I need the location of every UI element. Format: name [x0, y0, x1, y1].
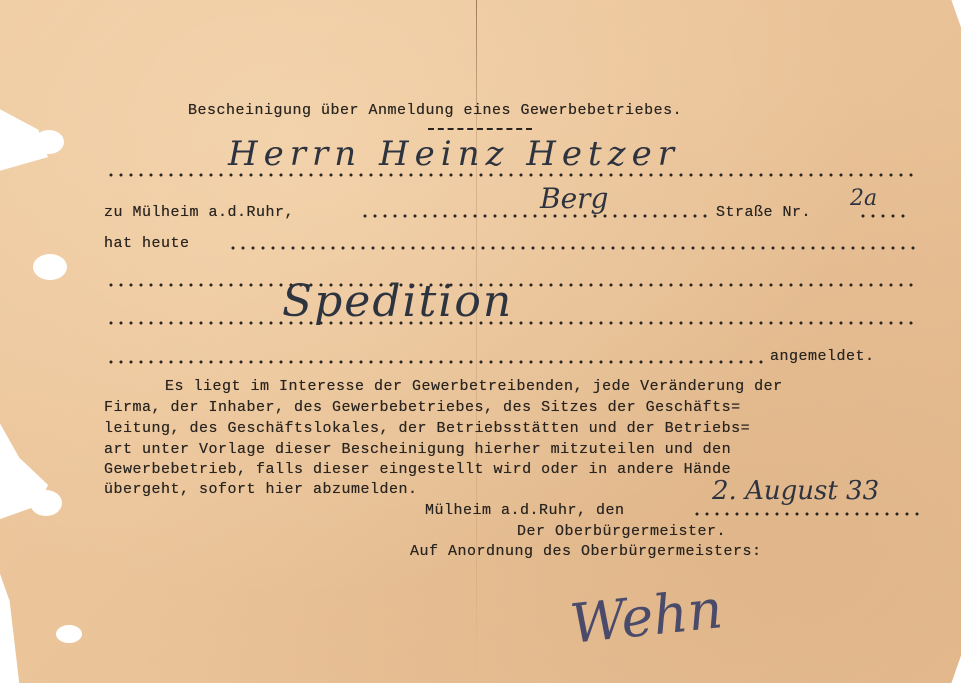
tear-bottom-left: [56, 625, 82, 643]
hat-heute-label: hat heute: [104, 235, 190, 253]
notice-line-1: Es liegt im Interesse der Gewerbetreiben…: [165, 378, 783, 396]
by-order-label: Auf Anordnung des Oberbürgermeisters:: [410, 543, 762, 561]
dotted-line-street: [360, 214, 710, 218]
handwritten-business: Spedition: [282, 276, 513, 327]
notice-line-4: art unter Vorlage dieser Bescheinigung h…: [104, 441, 731, 459]
dotted-line-hat-heute: [228, 246, 916, 250]
city-prefix-label: zu Mülheim a.d.Ruhr,: [104, 204, 294, 222]
punch-hole-middle: [33, 254, 67, 280]
street-label: Straße Nr.: [716, 204, 811, 222]
registered-label: angemeldet.: [770, 348, 875, 366]
notice-line-5: Gewerbebetrieb, falls dieser eingestellt…: [104, 461, 731, 479]
notice-line-3: leitung, des Geschäftslokales, der Betri…: [104, 420, 750, 438]
handwritten-house-number: 2a: [850, 186, 877, 211]
document-title: Bescheinigung über Anmeldung eines Gewer…: [188, 102, 682, 120]
dotted-line-date: [692, 512, 922, 516]
authority-label: Der Oberbürgermeister.: [517, 523, 726, 541]
punch-hole-top: [34, 130, 64, 154]
dotted-line-house-number: [858, 214, 908, 218]
notice-line-6: übergeht, sofort hier abzumelden.: [104, 481, 418, 499]
handwritten-date: 2. August 33: [712, 476, 879, 506]
title-underline: [428, 128, 532, 130]
notice-line-2: Firma, der Inhaber, des Gewerbebetriebes…: [104, 399, 741, 417]
punch-hole-lower: [30, 490, 62, 516]
handwritten-street: Berg: [540, 182, 608, 215]
place-date-label: Mülheim a.d.Ruhr, den: [425, 502, 625, 520]
handwritten-name: Herrn Heinz Hetzer: [228, 134, 680, 174]
dotted-line-registered: [106, 360, 766, 364]
